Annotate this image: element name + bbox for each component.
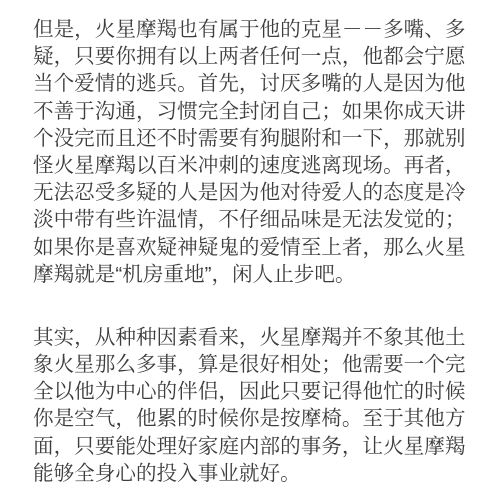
page: 但是，火星摩羯也有属于他的克星－－多嘴、多 疑，只要你拥有以上两者任何一点，他都… (0, 0, 500, 500)
article-text: 但是，火星摩羯也有属于他的克星－－多嘴、多 疑，只要你拥有以上两者任何一点，他都… (33, 16, 469, 487)
text-line: 当个爱情的逃兵。首先，讨厌多嘴的人是因为他 (33, 70, 469, 97)
text-line: 疑，只要你拥有以上两者任何一点，他都会宁愿 (33, 43, 469, 70)
text-line: 无法忍受多疑的人是因为他对待爱人的态度是冷 (33, 179, 469, 206)
text-line: 全以他为中心的伴侣，因此只要记得他忙的时候 (33, 378, 469, 405)
paragraph-1: 但是，火星摩羯也有属于他的克星－－多嘴、多 疑，只要你拥有以上两者任何一点，他都… (33, 16, 469, 288)
text-line: 如果你是喜欢疑神疑鬼的爱情至上者，那么火星 (33, 234, 469, 261)
text-line: 你是空气，他累的时候你是按摩椅。至于其他方 (33, 405, 469, 432)
text-line: 怪火星摩羯以百米冲刺的速度逃离现场。再者， (33, 152, 469, 179)
text-line: 个没完而且还不时需要有狗腿附和一下，那就别 (33, 125, 469, 152)
text-line: 淡中带有些许温情，不仔细品味是无法发觉的； (33, 206, 469, 233)
text-line: 面，只要能处理好家庭内部的事务，让火星摩羯 (33, 433, 469, 460)
text-line: 摩羯就是“机房重地”，闲人止步吧。 (33, 261, 469, 288)
text-line: 不善于沟通，习惯完全封闭自己；如果你成天讲 (33, 98, 469, 125)
paragraph-2: 其实，从种种因素看来，火星摩羯并不象其他土 象火星那么多事，算是很好相处；他需要… (33, 324, 469, 487)
text-line: 但是，火星摩羯也有属于他的克星－－多嘴、多 (33, 16, 469, 43)
text-line: 能够全身心的投入事业就好。 (33, 460, 469, 487)
text-line: 象火星那么多事，算是很好相处；他需要一个完 (33, 351, 469, 378)
text-line: 其实，从种种因素看来，火星摩羯并不象其他土 (33, 324, 469, 351)
